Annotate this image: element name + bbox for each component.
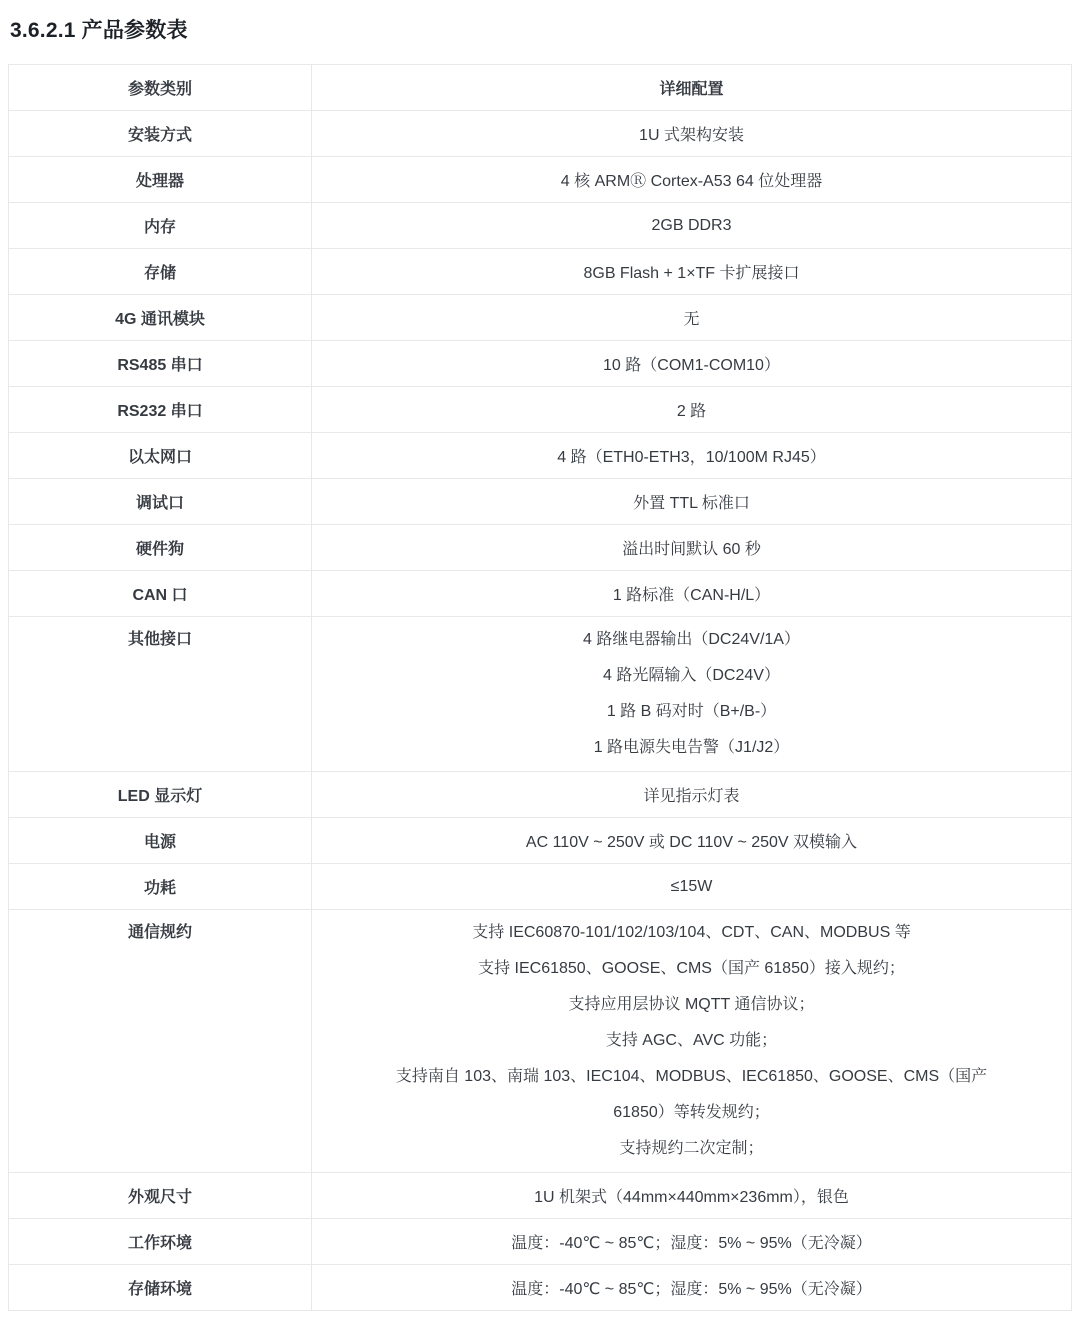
parameter-category-cell: 内存 [9,203,312,249]
detailed-config-cell: 10 路（COM1-COM10） [312,341,1072,387]
parameter-category-cell: 调试口 [9,479,312,525]
parameter-category-cell: 4G 通讯模块 [9,295,312,341]
detailed-config-cell: 1U 机架式（44mm×440mm×236mm），银色 [312,1173,1072,1219]
table-row: 存储 8GB Flash + 1×TF 卡扩展接口 [9,249,1072,295]
parameter-category-cell: 功耗 [9,864,312,910]
parameter-category-cell: 其他接口 [9,617,312,772]
table-body: 安装方式 1U 式架构安装 处理器 4 核 ARMⓇ Cortex-A53 64… [9,111,1072,1311]
parameter-category-cell: RS232 串口 [9,387,312,433]
detailed-config-cell: 温度：-40℃ ~ 85℃；湿度：5% ~ 95%（无冷凝） [312,1265,1072,1311]
table-row: RS485 串口 10 路（COM1-COM10） [9,341,1072,387]
parameter-category-cell: 以太网口 [9,433,312,479]
parameter-category-cell: 硬件狗 [9,525,312,571]
section-title: 3.6.2.1 产品参数表 [10,14,1072,44]
detailed-config-cell: AC 110V ~ 250V 或 DC 110V ~ 250V 双模输入 [312,818,1072,864]
product-parameter-table: 参数类别 详细配置 安装方式 1U 式架构安装 处理器 4 核 ARMⓇ Cor… [8,64,1072,1311]
table-row: 安装方式 1U 式架构安装 [9,111,1072,157]
table-header-row: 参数类别 详细配置 [9,65,1072,111]
config-value-line: 1 路电源失电告警（J1/J2） [326,730,1057,766]
table-row: 存储环境 温度：-40℃ ~ 85℃；湿度：5% ~ 95%（无冷凝） [9,1265,1072,1311]
table-row: 硬件狗 溢出时间默认 60 秒 [9,525,1072,571]
config-value-line: 支持 IEC61850、GOOSE、CMS（国产 61850）接入规约； [326,951,1057,987]
config-value-line: 支持规约二次定制； [326,1131,1057,1167]
detailed-config-cell: 温度：-40℃ ~ 85℃；湿度：5% ~ 95%（无冷凝） [312,1219,1072,1265]
table-row: 工作环境 温度：-40℃ ~ 85℃；湿度：5% ~ 95%（无冷凝） [9,1219,1072,1265]
parameter-category-cell: 存储环境 [9,1265,312,1311]
detailed-config-cell: 8GB Flash + 1×TF 卡扩展接口 [312,249,1072,295]
config-value-line: 支持南自 103、南瑞 103、IEC104、MODBUS、IEC61850、G… [326,1059,1057,1095]
parameter-category-cell: 存储 [9,249,312,295]
parameter-category-cell: LED 显示灯 [9,772,312,818]
detailed-config-cell: ≤15W [312,864,1072,910]
config-value-line: 61850）等转发规约； [326,1095,1057,1131]
table-row: CAN 口 1 路标准（CAN-H/L） [9,571,1072,617]
table-row: 通信规约 支持 IEC60870-101/102/103/104、CDT、CAN… [9,910,1072,1173]
parameter-category-cell: 处理器 [9,157,312,203]
detailed-config-cell: 1 路标准（CAN-H/L） [312,571,1072,617]
detailed-config-cell: 1U 式架构安装 [312,111,1072,157]
parameter-category-text: 通信规约 [23,915,297,951]
table-row: 处理器 4 核 ARMⓇ Cortex-A53 64 位处理器 [9,157,1072,203]
table-row: 其他接口 4 路继电器输出（DC24V/1A）4 路光隔输入（DC24V）1 路… [9,617,1072,772]
detailed-config-cell: 无 [312,295,1072,341]
document-page: 3.6.2.1 产品参数表 参数类别 详细配置 安装方式 1U 式架构安装 处理… [0,0,1080,1321]
config-value-line: 支持 IEC60870-101/102/103/104、CDT、CAN、MODB… [326,915,1057,951]
detailed-config-cell: 4 路（ETH0-ETH3，10/100M RJ45） [312,433,1072,479]
table-row: 内存 2GB DDR3 [9,203,1072,249]
config-value-line: 4 路继电器输出（DC24V/1A） [326,622,1057,658]
parameter-category-cell: CAN 口 [9,571,312,617]
table-row: 功耗 ≤15W [9,864,1072,910]
config-value-line: 4 路光隔输入（DC24V） [326,658,1057,694]
detailed-config-cell: 4 核 ARMⓇ Cortex-A53 64 位处理器 [312,157,1072,203]
table-row: 电源 AC 110V ~ 250V 或 DC 110V ~ 250V 双模输入 [9,818,1072,864]
detailed-config-cell: 2 路 [312,387,1072,433]
config-value-line: 支持应用层协议 MQTT 通信协议； [326,987,1057,1023]
detailed-config-cell: 支持 IEC60870-101/102/103/104、CDT、CAN、MODB… [312,910,1072,1173]
parameter-category-cell: 外观尺寸 [9,1173,312,1219]
parameter-category-cell: 通信规约 [9,910,312,1173]
detailed-config-cell: 详见指示灯表 [312,772,1072,818]
table-row: 4G 通讯模块 无 [9,295,1072,341]
config-value-line: 1 路 B 码对时（B+/B-） [326,694,1057,730]
parameter-category-cell: 电源 [9,818,312,864]
parameter-category-text: 其他接口 [23,622,297,658]
detailed-config-cell: 4 路继电器输出（DC24V/1A）4 路光隔输入（DC24V）1 路 B 码对… [312,617,1072,772]
header-detailed-config: 详细配置 [312,65,1072,111]
table-row: 调试口 外置 TTL 标准口 [9,479,1072,525]
detailed-config-cell: 2GB DDR3 [312,203,1072,249]
parameter-category-cell: RS485 串口 [9,341,312,387]
parameter-category-cell: 工作环境 [9,1219,312,1265]
detailed-config-cell: 外置 TTL 标准口 [312,479,1072,525]
table-row: 以太网口 4 路（ETH0-ETH3，10/100M RJ45） [9,433,1072,479]
parameter-category-cell: 安装方式 [9,111,312,157]
header-parameter-category: 参数类别 [9,65,312,111]
config-value-line: 支持 AGC、AVC 功能； [326,1023,1057,1059]
table-row: RS232 串口 2 路 [9,387,1072,433]
table-row: 外观尺寸 1U 机架式（44mm×440mm×236mm），银色 [9,1173,1072,1219]
table-row: LED 显示灯 详见指示灯表 [9,772,1072,818]
detailed-config-cell: 溢出时间默认 60 秒 [312,525,1072,571]
